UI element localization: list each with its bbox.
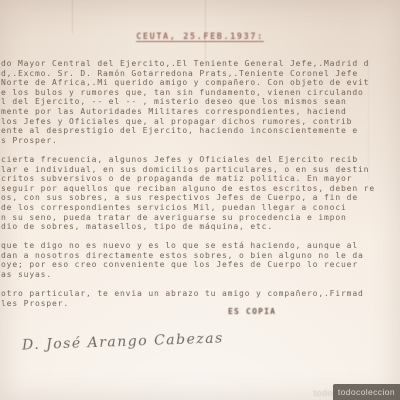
letter-line: los Jefes y Oficiales que, al propagar d…	[1, 117, 400, 127]
scanned-letter-page: CEUTA, 25.FEB.1937: do Mayor Central del…	[0, 0, 400, 400]
letter-line: Norte de Africa,.Mi querido amigo y comp…	[1, 78, 400, 88]
letter-line	[1, 232, 400, 242]
letter-line: os, con sus sobres, a sus respectivos Je…	[1, 193, 400, 203]
letter-line: s Prosper.	[1, 136, 400, 146]
letter-line: dio de sobres, matasellos, tipo de máqui…	[1, 222, 400, 232]
letter-line: critos subversivos o de propaganda de ma…	[1, 174, 400, 184]
handwritten-signature: D. José Arango Cabezas	[22, 330, 224, 353]
letter-line: dan a nosotros directamente estos sobres…	[1, 251, 400, 261]
fold-crease	[72, 0, 73, 34]
letter-line	[1, 145, 400, 155]
letter-line	[1, 280, 400, 290]
letter-line: lar e individual, en sus domicilios part…	[1, 165, 400, 175]
letter-body: do Mayor Central del Ejercito,.El Tenien…	[1, 59, 400, 308]
letter-line: otro particular, te envia un abrazo tu a…	[1, 289, 400, 299]
letter-line: do Mayor Central del Ejercito,.El Tenien…	[1, 59, 400, 69]
letter-line: que te digo no es nuevo y es lo que se e…	[1, 241, 400, 251]
letter-line: n su seno, pueda tratar de averiguarse s…	[1, 213, 400, 223]
letter-line: l del Ejercito, -- el -- , misterio dese…	[1, 97, 400, 107]
letter-line: les Prosper.	[1, 299, 400, 309]
letter-line: cierta frecuencia, algunos Jefes y Ofici…	[1, 155, 400, 165]
letter-line: mente por las Autoridades Militares corr…	[1, 107, 400, 117]
letter-line: seguir por aquellos que reciban alguno d…	[1, 184, 400, 194]
letter-line: de los correspondientes servicios Mil, p…	[1, 203, 400, 213]
es-copia-stamp: ES COPIA	[228, 307, 276, 316]
letter-line: e los bulos y rumores que, tan sin funda…	[1, 88, 400, 98]
letter-line: ente al desprestigio del Ejercito, hacie…	[1, 126, 400, 136]
watermark-text: todocoleccion	[338, 387, 395, 397]
letter-line: d,.Excmo. Sr. D. Ramón Gotarredona Prats…	[1, 69, 400, 79]
letter-line: as suyas.	[1, 270, 400, 280]
watermark-badge: todocoleccion	[333, 384, 400, 400]
letter-line: oye; por eso creo conveniente que los Je…	[1, 260, 400, 270]
letter-dateline: CEUTA, 25.FEB.1937:	[0, 32, 400, 42]
